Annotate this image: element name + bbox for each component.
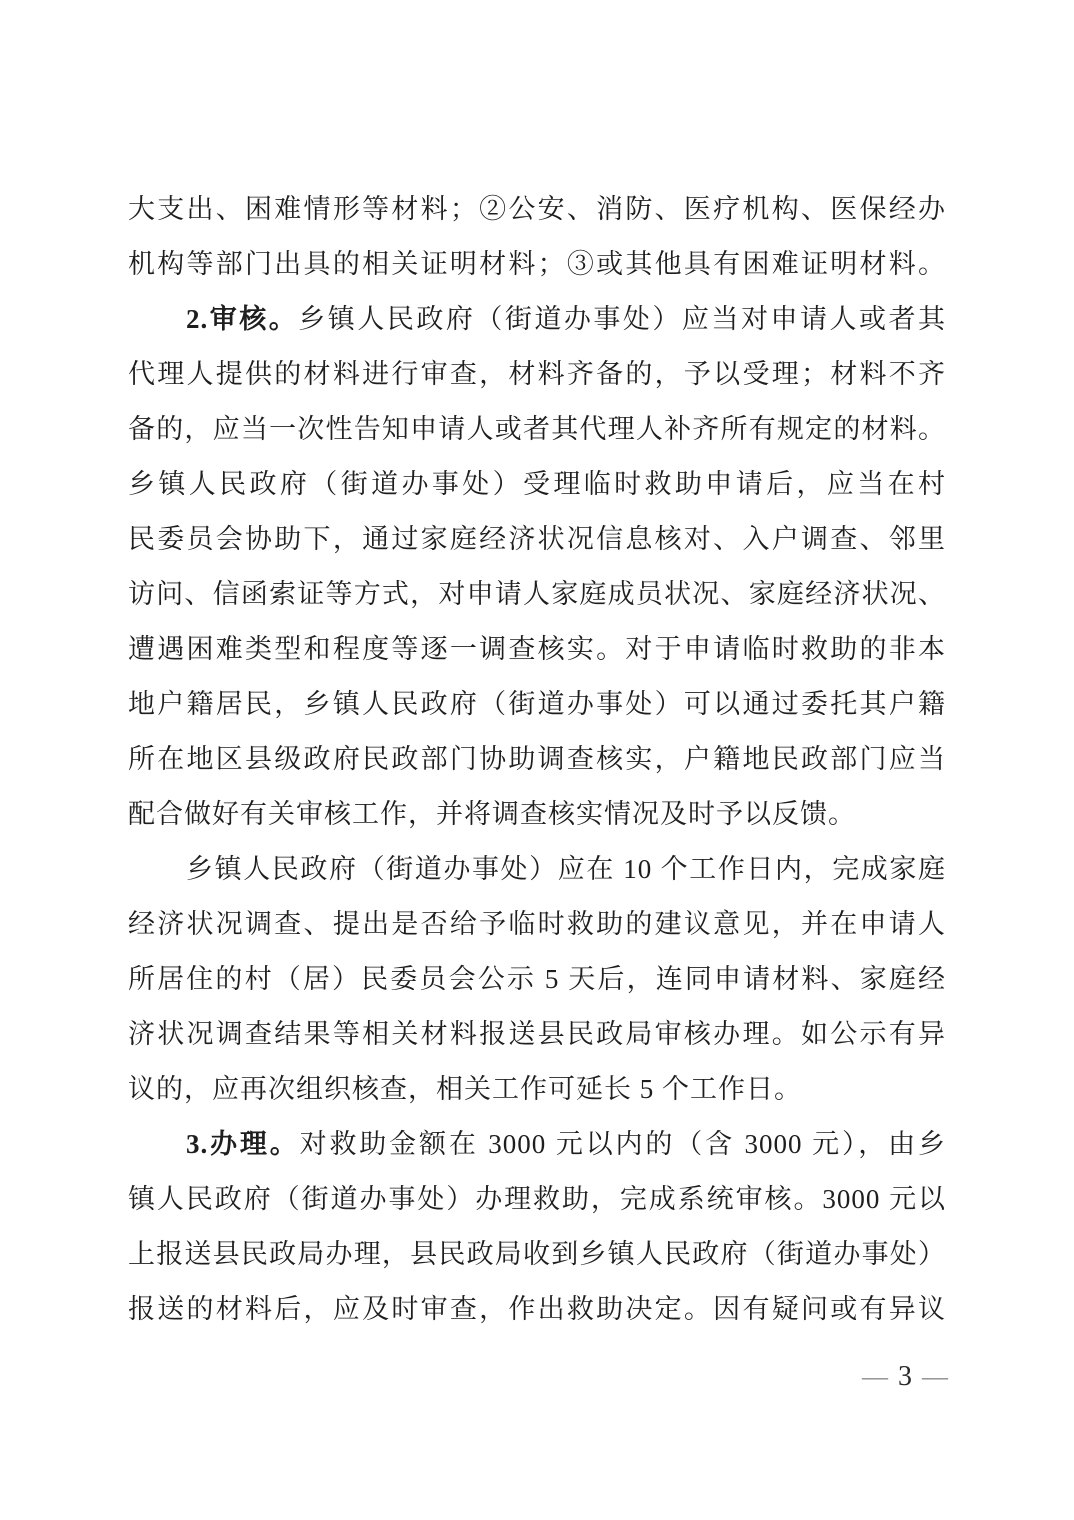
line-text: 济状况调查结果等相关材料报送县民政局审核办理。如公示有异 [128,1019,946,1049]
text-line-paragraph-end: 议的，应再次组织核查，相关工作可延长 5 个工作日。 [128,1062,946,1117]
line-text: 上报送县民政局办理，县民政局收到乡镇人民政府（街道办事处） [128,1239,946,1269]
page-number-dash-right: — [922,1364,948,1390]
line-text: 所在地区县级政府民政部门协助调查核实，户籍地民政部门应当 [128,744,946,774]
text-line: 访问、信函索证等方式，对申请人家庭成员状况、家庭经济状况、 [128,567,946,622]
line-text: 报送的材料后，应及时审查，作出救助决定。因有疑问或有异议 [128,1294,946,1324]
line-text: 遭遇困难类型和程度等逐一调查核实。对于申请临时救助的非本 [128,634,946,664]
line-text: 地户籍居民，乡镇人民政府（街道办事处）可以通过委托其户籍 [128,689,946,719]
line-text: 乡镇人民政府（街道办事处）受理临时救助申请后，应当在村（居） [128,469,946,512]
text-line: 地户籍居民，乡镇人民政府（街道办事处）可以通过委托其户籍 [128,677,946,732]
text-line: 大支出、困难情形等材料；②公安、消防、医疗机构、医保经办 [128,182,946,237]
line-text: 民委员会协助下，通过家庭经济状况信息核对、入户调查、邻里 [128,524,946,554]
text-line-paragraph-start: 乡镇人民政府（街道办事处）应在 10 个工作日内，完成家庭 [128,842,946,897]
text-line: 乡镇人民政府（街道办事处）受理临时救助申请后，应当在村（居） [128,457,946,512]
text-line: 遭遇困难类型和程度等逐一调查核实。对于申请临时救助的非本 [128,622,946,677]
text-line-section-heading: 3.办理。对救助金额在 3000 元以内的（含 3000 元），由乡 [128,1117,946,1172]
line-text: 代理人提供的材料进行审查，材料齐备的，予以受理；材料不齐 [128,359,946,389]
page-number: — 3 — [862,1356,948,1398]
page-number-dash-left: — [862,1364,888,1390]
line-text: 所居住的村（居）民委员会公示 5 天后，连同申请材料、家庭经 [128,964,946,994]
text-line: 经济状况调查、提出是否给予临时救助的建议意见，并在申请人 [128,897,946,952]
section-number-label: 2.审核。 [186,304,298,334]
line-text: 访问、信函索证等方式，对申请人家庭成员状况、家庭经济状况、 [128,579,946,609]
text-line-section-heading: 2.审核。乡镇人民政府（街道办事处）应当对申请人或者其 [128,292,946,347]
text-line: 机构等部门出具的相关证明材料；③或其他具有困难证明材料。 [128,237,946,292]
text-line: 镇人民政府（街道办事处）办理救助，完成系统审核。3000 元以 [128,1172,946,1227]
text-line: 所居住的村（居）民委员会公示 5 天后，连同申请材料、家庭经 [128,952,946,1007]
page-number-value: 3 [898,1363,912,1391]
line-text: 大支出、困难情形等材料；②公安、消防、医疗机构、医保经办 [128,194,946,224]
line-text: 乡镇人民政府（街道办事处）应在 10 个工作日内，完成家庭 [186,854,946,884]
text-line: 代理人提供的材料进行审查，材料齐备的，予以受理；材料不齐 [128,347,946,402]
line-text: 镇人民政府（街道办事处）办理救助，完成系统审核。3000 元以 [128,1184,946,1214]
line-text: 议的，应再次组织核查，相关工作可延长 5 个工作日。 [128,1074,802,1104]
text-line: 民委员会协助下，通过家庭经济状况信息核对、入户调查、邻里 [128,512,946,567]
line-text: 经济状况调查、提出是否给予临时救助的建议意见，并在申请人 [128,909,946,939]
text-line: 上报送县民政局办理，县民政局收到乡镇人民政府（街道办事处） [128,1227,946,1282]
document-page: 大支出、困难情形等材料；②公安、消防、医疗机构、医保经办 机构等部门出具的相关证… [0,0,1074,1520]
text-line: 备的，应当一次性告知申请人或者其代理人补齐所有规定的材料。 [128,402,946,457]
line-text: 备的，应当一次性告知申请人或者其代理人补齐所有规定的材料。 [128,414,946,444]
section-number-label: 3.办理。 [186,1129,300,1159]
text-line: 报送的材料后，应及时审查，作出救助决定。因有疑问或有异议 [128,1282,946,1337]
text-line: 济状况调查结果等相关材料报送县民政局审核办理。如公示有异 [128,1007,946,1062]
line-text: 乡镇人民政府（街道办事处）应当对申请人或者其 [298,304,946,334]
line-text: 配合做好有关审核工作，并将调查核实情况及时予以反馈。 [128,799,856,829]
document-body: 大支出、困难情形等材料；②公安、消防、医疗机构、医保经办 机构等部门出具的相关证… [128,182,946,1337]
text-line: 所在地区县级政府民政部门协助调查核实，户籍地民政部门应当 [128,732,946,787]
line-text: 机构等部门出具的相关证明材料；③或其他具有困难证明材料。 [128,249,946,279]
line-text: 对救助金额在 3000 元以内的（含 3000 元），由乡 [300,1129,946,1159]
text-line-paragraph-end: 配合做好有关审核工作，并将调查核实情况及时予以反馈。 [128,787,946,842]
